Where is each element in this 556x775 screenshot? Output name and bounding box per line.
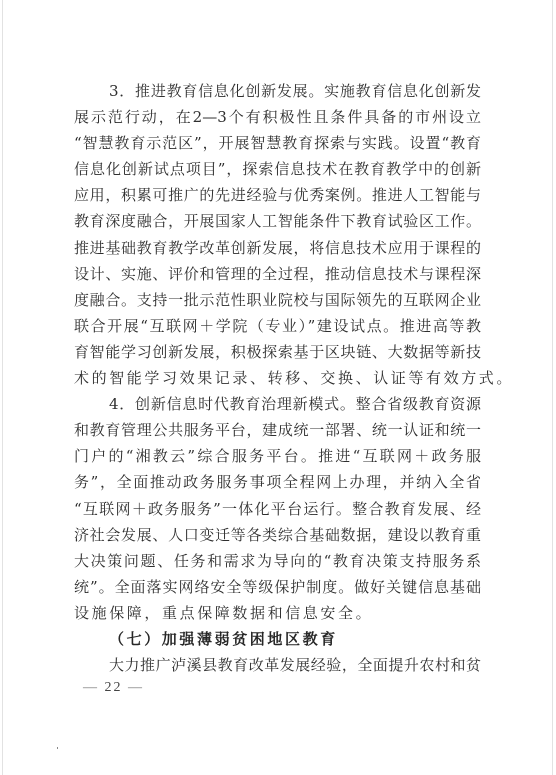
page-number-value: 22 bbox=[105, 680, 123, 695]
paragraph-item-3: 3．推进教育信息化创新发展。实施教育信息化创新发 展示范行动，在2—3个有积极性… bbox=[74, 78, 481, 391]
text-line: 信息化创新试点项目”，探索信息技术在教育教学中的创新 bbox=[74, 156, 481, 182]
text-line: 展示范行动，在2—3个有积极性且条件具备的市州设立 bbox=[74, 104, 481, 130]
page-number-dash-right: — bbox=[128, 680, 144, 695]
section-heading: （七）加强薄弱贫困地区教育 bbox=[74, 626, 481, 652]
text-line: 应用，积累可推广的先进经验与优秀案例。推进人工智能与 bbox=[74, 182, 481, 208]
scan-speck bbox=[57, 747, 58, 749]
text-line: 联合开展“互联网＋学院（专业）”建设试点。推进高等教 bbox=[74, 313, 481, 339]
text-line: 推进基础教育教学改革创新发展，将信息技术应用于课程的 bbox=[74, 235, 481, 261]
text-line: 度融合。支持一批示范性职业院校与国际领先的互联网企业 bbox=[74, 287, 481, 313]
text-line: 务”，全面推动政务服务事项全程网上办理，并纳入全省 bbox=[74, 469, 481, 495]
text-line: 教育深度融合，开展国家人工智能条件下教育试验区工作。 bbox=[74, 208, 481, 234]
text-line: 大决策问题、任务和需求为导向的“教育决策支持服务系 bbox=[74, 548, 481, 574]
page-number: — 22 — bbox=[83, 680, 144, 696]
text-line: 育智能学习创新发展，积极探索基于区块链、大数据等新技 bbox=[74, 339, 481, 365]
text-line: 门户的“湘教云”综合服务平台。推进“互联网＋政务服 bbox=[74, 443, 481, 469]
text-line: 和教育管理公共服务平台，建成统一部署、统一认证和统一 bbox=[74, 417, 481, 443]
text-line: 大力推广泸溪县教育改革发展经验，全面提升农村和贫 bbox=[74, 652, 481, 678]
text-line: 济社会发展、人口变迁等各类综合基础数据，建设以教育重 bbox=[74, 522, 481, 548]
text-line: 统”。全面落实网络安全等级保护制度。做好关键信息基础 bbox=[74, 574, 481, 600]
paragraph-item-4: 4．创新信息时代教育治理新模式。整合省级教育资源 和教育管理公共服务平台，建成统… bbox=[74, 391, 481, 626]
text-line: “智慧教育示范区”，开展智慧教育探索与实践。设置“教育 bbox=[74, 130, 481, 156]
text-line: 术的智能学习效果记录、转移、交换、认证等有效方式。 bbox=[74, 365, 481, 391]
text-line: 4．创新信息时代教育治理新模式。整合省级教育资源 bbox=[74, 391, 481, 417]
page-number-dash-left: — bbox=[83, 680, 99, 695]
text-line: “互联网＋政务服务”一体化平台运行。整合教育发展、经 bbox=[74, 496, 481, 522]
document-page: 3．推进教育信息化创新发展。实施教育信息化创新发 展示范行动，在2—3个有积极性… bbox=[2, 0, 553, 775]
text-line: 设施保障，重点保障数据和信息安全。 bbox=[74, 600, 481, 626]
text-line: 3．推进教育信息化创新发展。实施教育信息化创新发 bbox=[74, 78, 481, 104]
body-text: 3．推进教育信息化创新发展。实施教育信息化创新发 展示范行动，在2—3个有积极性… bbox=[74, 78, 481, 678]
text-line: 设计、实施、评价和管理的全过程，推动信息技术与课程深 bbox=[74, 261, 481, 287]
